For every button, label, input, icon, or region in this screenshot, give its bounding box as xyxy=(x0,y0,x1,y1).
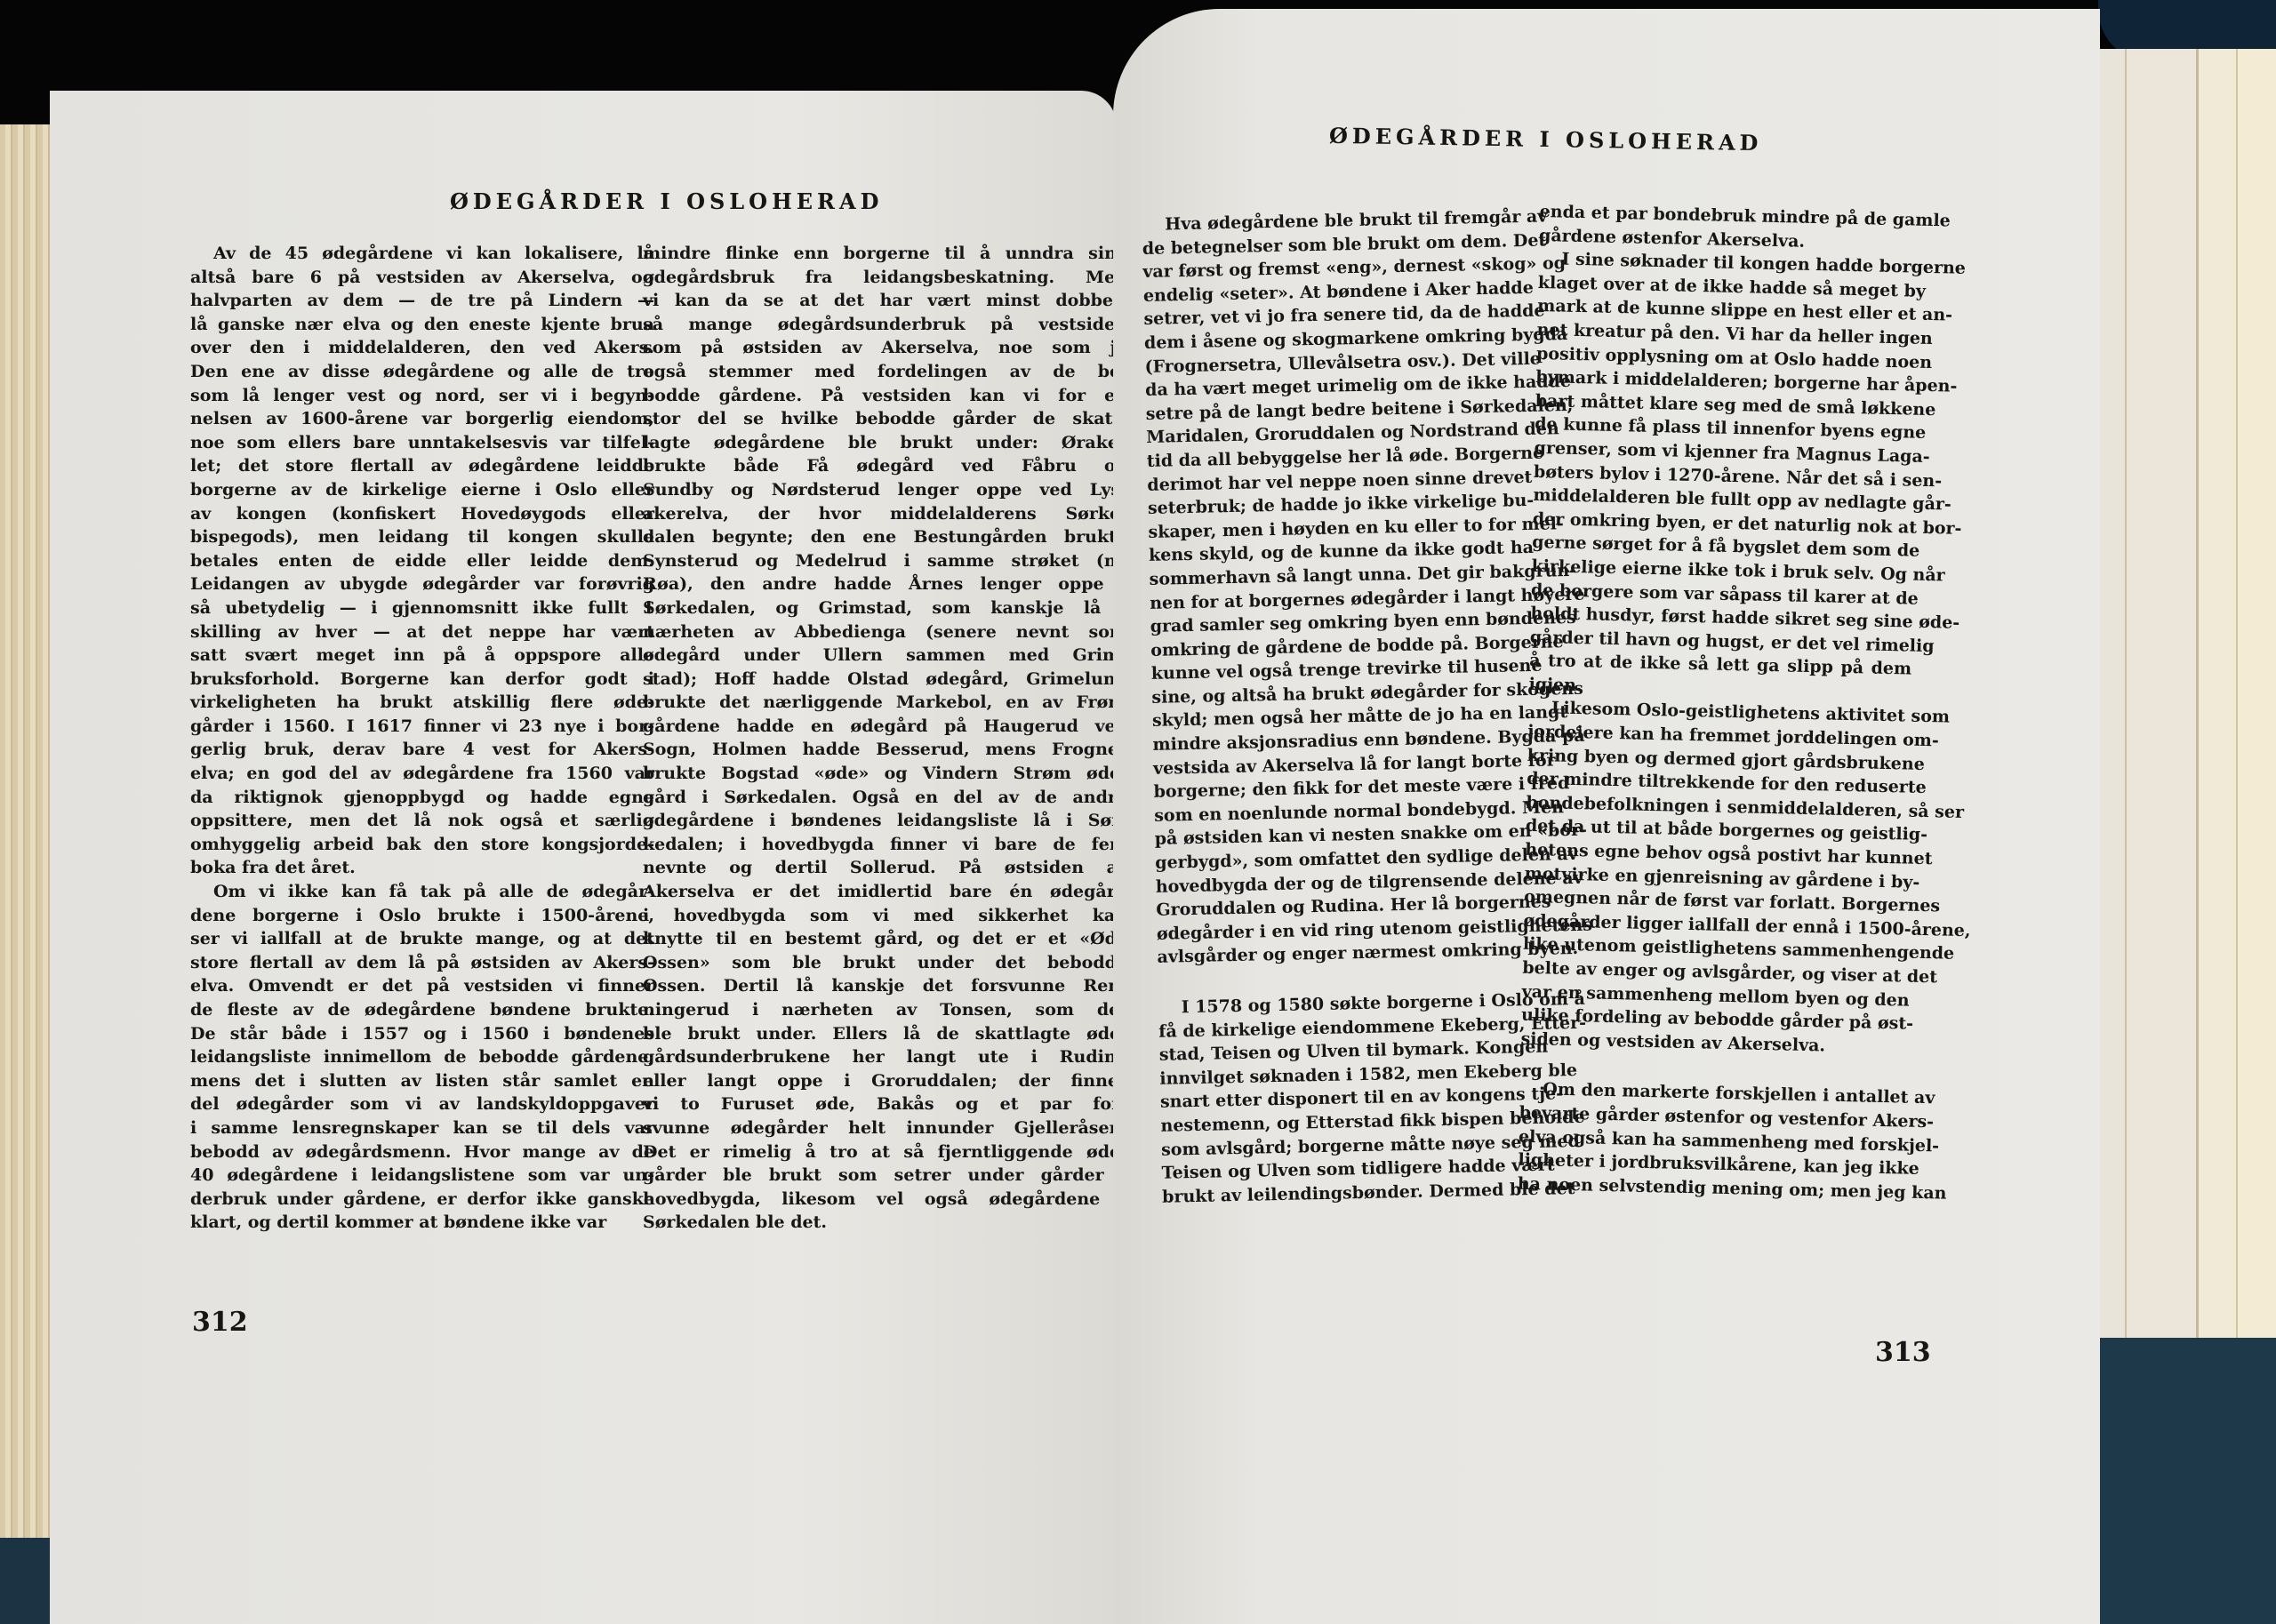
text-line: så mange ødegårdsunderbruk på vestsiden xyxy=(643,313,1127,337)
text-line: 40 ødegårdene i leidangslistene som var … xyxy=(190,1164,654,1188)
text-line: skilling av hver — at det neppe har vært xyxy=(190,620,654,644)
text-line: elva; en god del av ødegårdene fra 1560 … xyxy=(190,762,654,786)
text-line: vi kan da se at det har vært minst dobbe… xyxy=(643,289,1127,313)
text-line: gerlig bruk, derav bare 4 vest for Akers… xyxy=(190,738,654,762)
paragraph: Om den markerte forskjellen i antallet a… xyxy=(1518,1077,1903,1204)
text-line: Av de 45 ødegårdene vi kan lokalisere, l… xyxy=(190,242,654,266)
text-line: de fleste av de ødegårdene bøndene brukt… xyxy=(190,998,654,1022)
paragraph: Hva ødegårdene ble brukt til fremgår avd… xyxy=(1142,205,1543,970)
text-line: over den i middelalderen, den ved Akers. xyxy=(190,336,654,360)
text-line: gårdsunderbrukene her langt ute i Rudina xyxy=(643,1045,1127,1069)
text-line: halvparten av dem — de tre på Lindern — xyxy=(190,289,654,313)
text-line: Sogn, Holmen hadde Besserud, mens Frogne… xyxy=(643,738,1127,762)
text-line: ble brukt under. Ellers lå de skattlagte… xyxy=(643,1022,1127,1046)
left-column-2: mindre flinke enn borgerne til å unndra … xyxy=(643,242,1127,1235)
text-line: også stemmer med fordelingen av de be- xyxy=(643,360,1127,384)
text-line: kedalen; i hovedbygda finner vi bare de … xyxy=(643,833,1127,857)
text-line: bodde gårdene. På vestsiden kan vi for e… xyxy=(643,384,1127,408)
text-line: Sørkedalen ble det. xyxy=(643,1211,1127,1235)
right-column-1: Hva ødegårdene ble brukt til fremgår avd… xyxy=(1142,205,1547,1209)
text-line: akerelva, der hvor middelalderens Sørke- xyxy=(643,502,1127,526)
text-line: nelsen av 1600-årene var borgerlig eiend… xyxy=(190,407,654,431)
text-line: bispegods), men leidang til kongen skull… xyxy=(190,525,654,549)
paragraph: mindre flinke enn borgerne til å unndra … xyxy=(643,242,1127,1235)
text-line: omhyggelig arbeid bak den store kongsjor… xyxy=(190,833,654,857)
text-line: altså bare 6 på vestsiden av Akerselva, … xyxy=(190,266,654,290)
background-surface xyxy=(0,1529,53,1624)
text-line: bruksforhold. Borgerne kan derfor godt i xyxy=(190,668,654,692)
text-line: Sundby og Nørdsterud lenger oppe ved Lys… xyxy=(643,478,1127,502)
text-line: gårder ble brukt som setrer under gårder… xyxy=(643,1164,1127,1188)
page-edges-right xyxy=(2080,49,2276,1338)
text-line: klart, og dertil kommer at bøndene ikke … xyxy=(190,1211,654,1235)
text-line: nevnte og dertil Sollerud. På østsiden a… xyxy=(643,856,1127,880)
text-line: så ubetydelig — i gjennomsnitt ikke full… xyxy=(190,596,654,620)
text-line: let; det store flertall av ødegårdene le… xyxy=(190,454,654,478)
text-line: Leidangen av ubygde ødegårder var forøvr… xyxy=(190,572,654,596)
text-line: Sørkedalen, og Grimstad, som kanskje lå … xyxy=(643,596,1127,620)
text-line: hovedbygda, likesom vel også ødegårdene … xyxy=(643,1188,1127,1212)
paragraph: enda et par bondebruk mindre på de gamle… xyxy=(1539,200,1922,256)
text-line: svunne ødegårder helt innunder Gjellerås… xyxy=(643,1116,1127,1140)
paragraph: I sine søknader til kongen hadde borgern… xyxy=(1528,247,1920,705)
text-line: Den ene av disse ødegårdene og alle de t… xyxy=(190,360,654,384)
text-line: elva. Omvendt er det på vestsiden vi fin… xyxy=(190,974,654,998)
text-line: mindre flinke enn borgerne til å unndra … xyxy=(643,242,1127,266)
text-line: Synsterud og Medelrud i samme strøket (n… xyxy=(643,549,1127,573)
text-line: noe som ellers bare unntakelsesvis var t… xyxy=(190,431,654,455)
text-line: leidangsliste innimellom de bebodde gård… xyxy=(190,1045,654,1069)
paragraph: Om vi ikke kan få tak på alle de ødegår-… xyxy=(190,880,654,1235)
text-line: lagte ødegårdene ble brukt under: Øraker xyxy=(643,431,1127,455)
text-line: bebodd av ødegårdsmenn. Hvor mange av de xyxy=(190,1140,654,1164)
paragraph: Likesom Oslo-geistlighetens aktivitet so… xyxy=(1520,696,1911,1060)
text-line: ningerud i nærheten av Tonsen, som det xyxy=(643,998,1127,1022)
text-line: stor del se hvilke bebodde gårder de ska… xyxy=(643,407,1127,431)
text-line: del ødegårder som vi av landskyldoppgave… xyxy=(190,1092,654,1116)
text-line: Ossen» som ble brukt under det bebodde xyxy=(643,951,1127,975)
text-line: betales enten de eidde eller leidde dem. xyxy=(190,549,654,573)
left-page: ØDEGÅRDER I OSLOHERAD Av de 45 ødegården… xyxy=(50,91,1117,1624)
text-line: derbruk under gårdene, er derfor ikke ga… xyxy=(190,1188,654,1212)
text-line: da riktignok gjenoppbygd og hadde egne xyxy=(190,786,654,810)
text-line: eller langt oppe i Groruddalen; der finn… xyxy=(643,1069,1127,1093)
running-head: ØDEGÅRDER I OSLOHERAD xyxy=(450,188,883,214)
text-line: stad); Hoff hadde Olstad ødegård, Grimel… xyxy=(643,668,1127,692)
paragraph: I 1578 og 1580 søkte borgerne i Oslo om … xyxy=(1158,988,1547,1209)
text-line: Det er rimelig å tro at så fjerntliggend… xyxy=(643,1140,1127,1164)
text-line: som på østsiden av Akerselva, noe som jo xyxy=(643,336,1127,360)
background-surface xyxy=(2098,1333,2276,1624)
text-line: som lå lenger vest og nord, ser vi i beg… xyxy=(190,384,654,408)
page-number: 313 xyxy=(1875,1337,1931,1368)
text-line: gårdene hadde en ødegård på Haugerud ved xyxy=(643,715,1127,739)
left-column-1: Av de 45 ødegårdene vi kan lokalisere, l… xyxy=(190,242,654,1235)
text-line: gårder i 1560. I 1617 finner vi 23 nye i… xyxy=(190,715,654,739)
text-line: brukte både Få ødegård ved Fåbru og xyxy=(643,454,1127,478)
running-head: ØDEGÅRDER I OSLOHERAD xyxy=(1329,123,1763,156)
text-line: oppsittere, men det lå nok også et særli… xyxy=(190,809,654,833)
text-line: av kongen (konfiskert Hovedøygods eller xyxy=(190,502,654,526)
text-line: dene borgerne i Oslo brukte i 1500-årene… xyxy=(190,904,654,928)
text-line: ødegårdene i bøndenes leidangsliste lå i… xyxy=(643,809,1127,833)
text-line: Om vi ikke kan få tak på alle de ødegår- xyxy=(190,880,654,904)
text-line: borgerne av de kirkelige eierne i Oslo e… xyxy=(190,478,654,502)
text-line: ødegård under Ullern sammen med Grim- xyxy=(643,644,1127,668)
text-line: ødegårdsbruk fra leidangsbeskatning. Men xyxy=(643,266,1127,290)
text-line: Ossen. Dertil lå kanskje det forsvunne R… xyxy=(643,974,1127,998)
text-line: knytte til en bestemt gård, og det er et… xyxy=(643,927,1127,951)
text-line: vi to Furuset øde, Bakås og et par for- xyxy=(643,1092,1127,1116)
text-line: brukte Bogstad «øde» og Vindern Strøm ød… xyxy=(643,762,1127,786)
text-line: mens det i slutten av listen står samlet… xyxy=(190,1069,654,1093)
right-column-2: enda et par bondebruk mindre på de gamle… xyxy=(1518,200,1922,1204)
text-line: dalen begynte; den ene Bestungården bruk… xyxy=(643,525,1127,549)
text-line: i hovedbygda som vi med sikkerhet kan xyxy=(643,904,1127,928)
text-line: brukte det nærliggende Markebol, en av F… xyxy=(643,691,1127,715)
text-line: gård i Sørkedalen. Også en del av de and… xyxy=(643,786,1127,810)
right-page: ØDEGÅRDER I OSLOHERAD Hva ødegårdene ble… xyxy=(1113,9,2100,1624)
text-line: Røa), den andre hadde Årnes lenger oppe … xyxy=(643,572,1127,596)
text-line: lå ganske nær elva og den eneste kjente … xyxy=(190,313,654,337)
text-line: ser vi iallfall at de brukte mange, og a… xyxy=(190,927,654,951)
text-line: store flertall av dem lå på østsiden av … xyxy=(190,951,654,975)
text-line: De står både i 1557 og i 1560 i bøndenes xyxy=(190,1022,654,1046)
text-line: Akerselva er det imidlertid bare én ødeg… xyxy=(643,880,1127,904)
paragraph: Av de 45 ødegårdene vi kan lokalisere, l… xyxy=(190,242,654,880)
text-line: satt svært meget inn på å oppspore alle xyxy=(190,644,654,668)
text-line: nærheten av Abbedienga (senere nevnt som xyxy=(643,620,1127,644)
page-edges-left xyxy=(0,124,50,1538)
page-number: 312 xyxy=(192,1307,248,1338)
text-line: virkeligheten ha brukt atskillig flere ø… xyxy=(190,691,654,715)
text-line: boka fra det året. xyxy=(190,856,654,880)
text-line: i samme lensregnskaper kan se til dels v… xyxy=(190,1116,654,1140)
